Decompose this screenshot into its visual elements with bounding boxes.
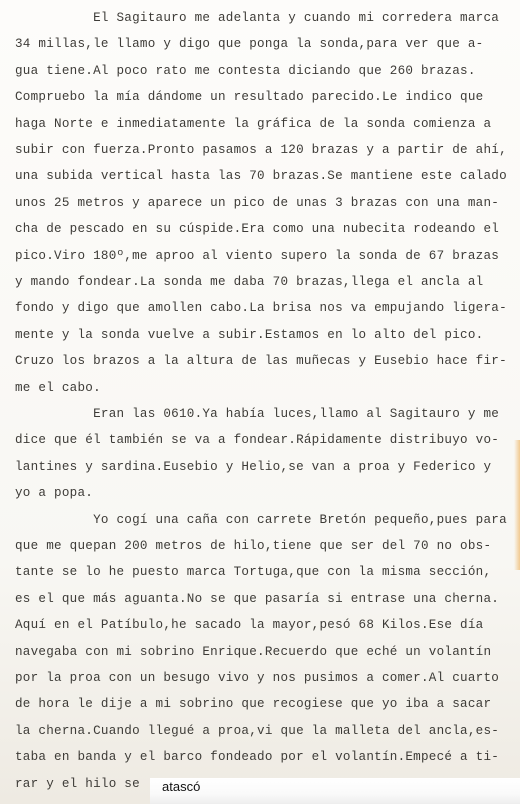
text-line: 34 millas,le llamo y digo que ponga la s… xyxy=(15,36,483,52)
text-line: lantines y sardina.Eusebio y Helio,se va… xyxy=(15,459,491,475)
text-line: haga Norte e inmediatamente la gráfica d… xyxy=(15,116,491,132)
paper-edge-stain xyxy=(514,440,520,570)
text-line: de hora le dije a mi sobrino que recogie… xyxy=(15,696,491,712)
text-line: dice que él también se va a fondear.Rápi… xyxy=(15,432,499,448)
text-line: gua tiene.Al poco rato me contesta dicia… xyxy=(15,63,476,79)
text-line: subir con fuerza.Pronto pasamos a 120 br… xyxy=(15,142,507,158)
text-line: Compruebo la mía dándome un resultado pa… xyxy=(15,89,483,105)
text-line: que me quepan 200 metros de hilo,tiene q… xyxy=(15,538,491,554)
text-line: rar y el hilo se xyxy=(15,776,140,792)
text-line: fondo y digo que amollen cabo.La brisa n… xyxy=(15,300,507,316)
text-line: mente y la sonda vuelve a subir.Estamos … xyxy=(15,327,483,343)
text-line: navegaba con mi sobrino Enrique.Recuerdo… xyxy=(15,644,491,660)
text-line: El Sagitauro me adelanta y cuando mi cor… xyxy=(15,10,499,26)
text-line: Eran las 0610.Ya había luces,llamo al Sa… xyxy=(15,406,499,422)
text-line: y mando fondear.La sonda me daba 70 braz… xyxy=(15,274,483,290)
text-line: unos 25 metros y aparece un pico de unas… xyxy=(15,195,499,211)
correction-patch xyxy=(150,778,520,804)
text-line: por la proa con un besugo vivo y nos pus… xyxy=(15,670,499,686)
text-line: Aquí en el Patíbulo,he sacado la mayor,p… xyxy=(15,617,483,633)
correction-text: atascó xyxy=(162,779,200,794)
text-line: es el que más aguanta.No se que pasaría … xyxy=(15,591,499,607)
text-line: Yo cogí una caña con carrete Bretón pequ… xyxy=(15,512,507,528)
text-line: tante se lo he puesto marca Tortuga,que … xyxy=(15,564,491,580)
text-line: taba en banda y el barco fondeado por el… xyxy=(15,749,499,765)
text-line: Cruzo los brazos a la altura de las muñe… xyxy=(15,353,507,369)
typewritten-page: El Sagitauro me adelanta y cuando mi cor… xyxy=(0,0,520,804)
text-line: pico.Viro 180º,me aproo al viento supero… xyxy=(15,248,499,264)
text-line: me el cabo. xyxy=(15,380,101,396)
text-line: una subida vertical hasta las 70 brazas.… xyxy=(15,168,507,184)
text-line: yo a popa. xyxy=(15,485,93,501)
text-line: la cherna.Cuando llegué a proa,vi que la… xyxy=(15,723,499,739)
text-line: cha de pescado en su cúspide.Era como un… xyxy=(15,221,499,237)
